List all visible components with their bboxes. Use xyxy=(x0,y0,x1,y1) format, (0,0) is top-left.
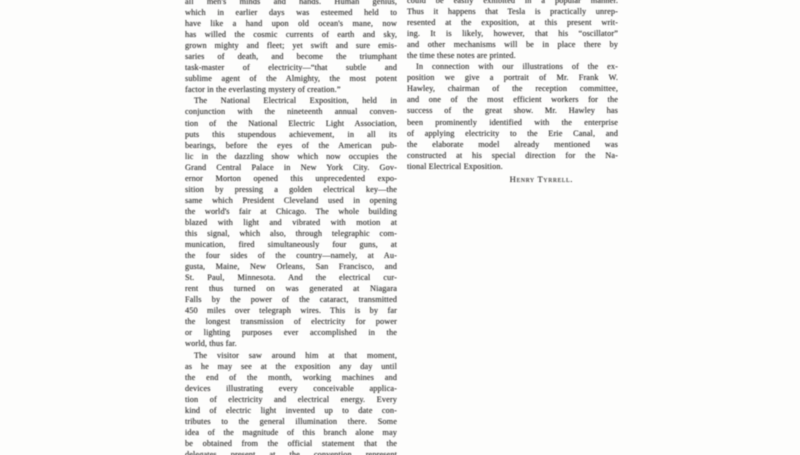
text-line: have like a hand upon old ocean's mane, … xyxy=(185,18,397,29)
text-line: as he may see at the exposition any day … xyxy=(185,361,397,372)
text-line: or lighting purposes ever accomplished i… xyxy=(185,327,397,338)
text-line: the elaborate model already mentioned wa… xyxy=(407,139,618,150)
text-line: kind of electric light invented up to da… xyxy=(185,405,397,416)
text-line: success of the great show. Mr. Hawley ha… xyxy=(407,105,618,116)
text-line: this signal, which also, through telegra… xyxy=(185,228,397,239)
text-line: constructed at his special direction for… xyxy=(407,150,618,161)
text-line: task-master of electricity—“that subtle … xyxy=(185,62,397,73)
text-line: grown mighty and fleet; yet swift and su… xyxy=(185,40,397,51)
text-line: the time these notes are printed. xyxy=(407,50,618,61)
left-text-column: all men's minds and hands. Human genius,… xyxy=(185,0,397,455)
text-line: In connection with our illustrations of … xyxy=(407,61,618,72)
text-line: world, thus far. xyxy=(185,338,397,349)
text-line: St. Paul, Minnesota. And the electrical … xyxy=(185,272,397,283)
text-line: 450 miles over telegraph wires. This is … xyxy=(185,305,397,316)
text-line: saries of death, and become the triumpha… xyxy=(185,51,397,62)
right-column-lines: could be easily exhibited in a popular m… xyxy=(407,0,618,172)
text-line: puts this stupendous achievement, in all… xyxy=(185,129,397,140)
text-line: blazed with light and vibrated with moti… xyxy=(185,217,397,228)
author-signature: Henry Tyrrell. xyxy=(407,174,618,185)
text-line: idea of the magnitude of this branch alo… xyxy=(185,427,397,438)
text-line: factor in the everlasting mystery of cre… xyxy=(185,84,397,95)
text-line: the end of the month, working machines a… xyxy=(185,372,397,383)
text-line: sublime agent of the Almighty, the most … xyxy=(185,73,397,84)
text-line: be obtained from the official statement … xyxy=(185,438,397,449)
text-line: and one of the most efficient workers fo… xyxy=(407,94,618,105)
text-line: same which President Cleveland used in o… xyxy=(185,195,397,206)
text-line: tional Electrical Exposition. xyxy=(407,161,618,172)
text-line: all men's minds and hands. Human genius, xyxy=(185,0,397,7)
text-line: been prominently identified with the ent… xyxy=(407,117,618,128)
text-line: tributes to the general illumination the… xyxy=(185,416,397,427)
text-line: Hawley, chairman of the reception commit… xyxy=(407,83,618,94)
text-line: devices illustrating every conceivable a… xyxy=(185,383,397,394)
text-line: conjunction with the nineteenth annual c… xyxy=(185,106,397,117)
text-line: the longest transmission of electricity … xyxy=(185,316,397,327)
right-text-column: could be easily exhibited in a popular m… xyxy=(407,0,618,185)
text-line: The visitor saw around him at that momen… xyxy=(185,350,397,361)
text-line: the world's fair at Chicago. The whole b… xyxy=(185,206,397,217)
text-line: lic in the dazzling show which now occup… xyxy=(185,151,397,162)
text-line: Grand Central Palace in New York City. G… xyxy=(185,162,397,173)
scanned-document-page: all men's minds and hands. Human genius,… xyxy=(0,0,800,455)
text-line: has willed the cosmic currents of earth … xyxy=(185,29,397,40)
text-line: sition by pressing a golden electrical k… xyxy=(185,184,397,195)
text-line: gusta, Maine, New Orleans, San Francisco… xyxy=(185,261,397,272)
text-line: which in earlier days was esteemed held … xyxy=(185,7,397,18)
text-line: Thus it happens that Tesla is practicall… xyxy=(407,6,618,17)
text-line: position we give a portrait of Mr. Frank… xyxy=(407,72,618,83)
text-line: The National Electrical Exposition, held… xyxy=(185,95,397,106)
text-line: resented at the exposition, at this pres… xyxy=(407,17,618,28)
text-line: and other mechanisms will be in place th… xyxy=(407,39,618,50)
text-line: of applying electricity to the Erie Cana… xyxy=(407,128,618,139)
text-line: tion of electricity and electrical energ… xyxy=(185,394,397,405)
text-line: tion of the National Electric Light Asso… xyxy=(185,118,397,129)
text-line: bearings, before the eyes of the America… xyxy=(185,140,397,151)
text-line: ing. It is likely, however, that his “os… xyxy=(407,28,618,39)
text-line: Falls by the power of the cataract, tran… xyxy=(185,294,397,305)
text-line: munication, fired simultaneously four gu… xyxy=(185,239,397,250)
text-line: delegates present at the convention repr… xyxy=(185,449,397,455)
text-line: the four sides of the country—namely, at… xyxy=(185,250,397,261)
text-line: rent thus turned on was generated at Nia… xyxy=(185,283,397,294)
text-line: ernor Morton opened this unprecedented e… xyxy=(185,173,397,184)
